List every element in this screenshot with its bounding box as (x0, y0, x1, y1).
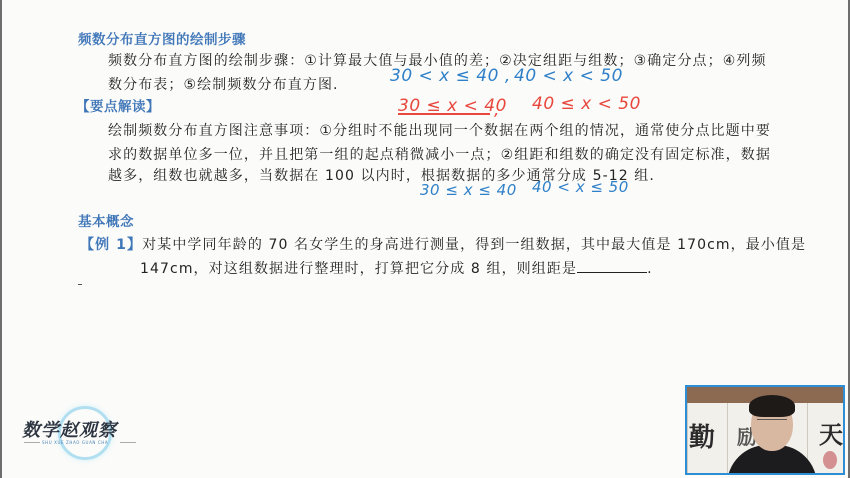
logo-divider-left (24, 442, 40, 443)
annotation-red-interval-2: 40 ≤ x < 50 (532, 94, 641, 114)
steps-text-line-2: 数分布表；⑤绘制频数分布直方图. (108, 74, 339, 94)
annotation-blue-interval-2: 40 < x < 50 (514, 66, 623, 86)
key-points-text-line-1: 绘制频数分布直方图注意事项：①分组时不能出现同一个数据在两个组的情况，通常使分点… (108, 120, 771, 140)
webcam-calligraphy-left: 勤 (689, 417, 715, 454)
webcam-calligraphy-right: 天 (819, 415, 843, 450)
annotation-blue-interval-3: 30 ≤ x ≤ 40 (420, 181, 517, 199)
section-title-drawing-steps: 频数分布直方图的绘制步骤 (78, 28, 246, 48)
annotation-red-comma: , (494, 100, 500, 120)
stray-mark (78, 284, 82, 285)
logo-text: 数学赵观察 (22, 416, 117, 442)
channel-logo: 数学赵观察 SHU XUE ZHAO GUAN CHA (20, 402, 140, 462)
lecture-slide: 频数分布直方图的绘制步骤 频数分布直方图的绘制步骤：①计算最大值与最小值的差；②… (2, 0, 848, 478)
example-1-line-1: 【例 1】对某中学同年龄的 70 名女学生的身高进行测量，得到一组数据，其中最大… (80, 234, 806, 254)
section-title-basic-concepts: 基本概念 (78, 210, 134, 230)
webcam-plant-decoration (823, 451, 837, 469)
annotation-red-underline (398, 113, 490, 115)
example-label: 【例 1】 (80, 237, 142, 253)
logo-divider-right (120, 442, 136, 443)
example-period: . (647, 261, 653, 277)
example-text-1: 对某中学同年龄的 70 名女学生的身高进行测量，得到一组数据，其中最大值是 17… (142, 237, 806, 253)
example-1-line-2: 147cm，对这组数据进行整理时，打算把它分成 8 组，则组距是. (140, 258, 653, 278)
annotation-blue-interval-4: 40 < x ≤ 50 (532, 178, 629, 196)
annotation-blue-interval-1: 30 < x ≤ 40 , (390, 66, 511, 86)
answer-blank (577, 258, 647, 273)
key-points-text-line-2: 求的数据单位多一位，并且把第一组的起点稍微减小一点；②组距和组数的确定没有固定标… (108, 144, 771, 164)
logo-subtitle: SHU XUE ZHAO GUAN CHA (42, 440, 108, 445)
section-title-key-points: 【要点解读】 (76, 95, 160, 115)
webcam-overlay: 勤 励 天 (685, 385, 845, 475)
presenter-glasses (757, 419, 787, 425)
presenter-hair (749, 395, 795, 417)
example-text-2: 147cm，对这组数据进行整理时，打算把它分成 8 组，则组距是 (140, 261, 577, 277)
